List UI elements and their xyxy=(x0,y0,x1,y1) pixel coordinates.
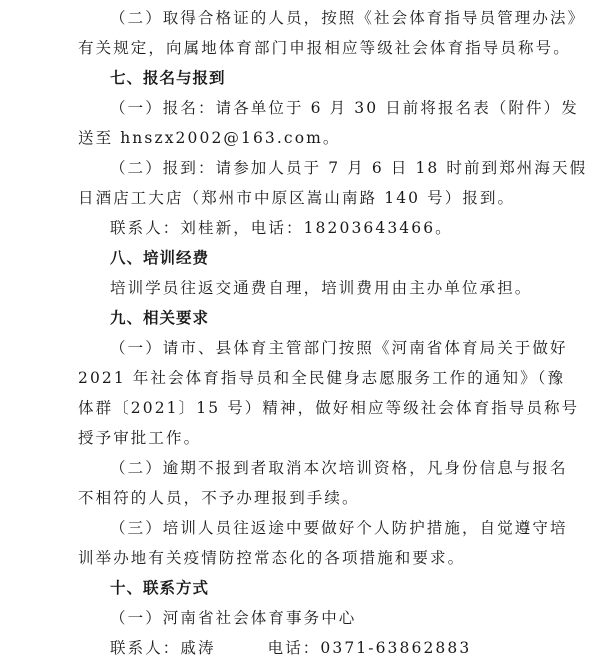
contact-person: 联系人：戚涛 xyxy=(110,639,216,657)
document-page: （二）取得合格证的人员，按照《社会体育指导员管理办法》 有关规定，向属地体育部门… xyxy=(0,0,600,662)
section-heading-requirements: 九、相关要求 xyxy=(110,303,558,333)
section-heading-fees: 八、培训经费 xyxy=(110,243,558,273)
contact-line: 联系人：刘桂新，电话：18203643466。 xyxy=(110,213,526,243)
paragraph-line: （二）取得合格证的人员，按照《社会体育指导员管理办法》 xyxy=(110,3,526,33)
paragraph-line: 授予审批工作。 xyxy=(78,423,526,453)
paragraph-line: 训举办地有关疫情防控常态化的各项措施和要求。 xyxy=(78,543,526,573)
section-heading-contact: 十、联系方式 xyxy=(110,573,558,603)
paragraph-line: （二）逾期不报到者取消本次培训资格，凡身份信息与报名 xyxy=(110,453,526,483)
email-line: 送至 hnszx2002@163.com。 xyxy=(78,123,526,153)
section-heading-registration: 七、报名与报到 xyxy=(110,63,558,93)
paragraph-line: 不相符的人员，不予办理报到手续。 xyxy=(78,483,526,513)
paragraph-line: （三）培训人员往返途中要做好个人防护措施，自觉遵守培 xyxy=(110,513,526,543)
contact-phone: 电话：0371-63862883 xyxy=(268,639,472,657)
paragraph-line: 培训学员往返交通费自理，培训费用由主办单位承担。 xyxy=(110,273,526,303)
paragraph-line: （一）请市、县体育主管部门按照《河南省体育局关于做好 xyxy=(110,333,526,363)
paragraph-line: （一）报名：请各单位于 6 月 30 日前将报名表（附件）发 xyxy=(110,93,526,123)
paragraph-line: （二）报到：请参加人员于 7 月 6 日 18 时前到郑州海天假 xyxy=(110,153,526,183)
paragraph-line: 有关规定，向属地体育部门申报相应等级社会体育指导员称号。 xyxy=(78,33,526,63)
paragraph-line: 2021 年社会体育指导员和全民健身志愿服务工作的通知》（豫 xyxy=(78,363,526,393)
organization-line: （一）河南省社会体育事务中心 xyxy=(110,603,526,633)
paragraph-line: 体群〔2021〕15 号）精神，做好相应等级社会体育指导员称号 xyxy=(78,393,526,423)
contact-info-line: 联系人：戚涛电话：0371-63862883 xyxy=(110,633,526,662)
paragraph-line: 日酒店工大店（郑州市中原区嵩山南路 140 号）报到。 xyxy=(78,183,526,213)
